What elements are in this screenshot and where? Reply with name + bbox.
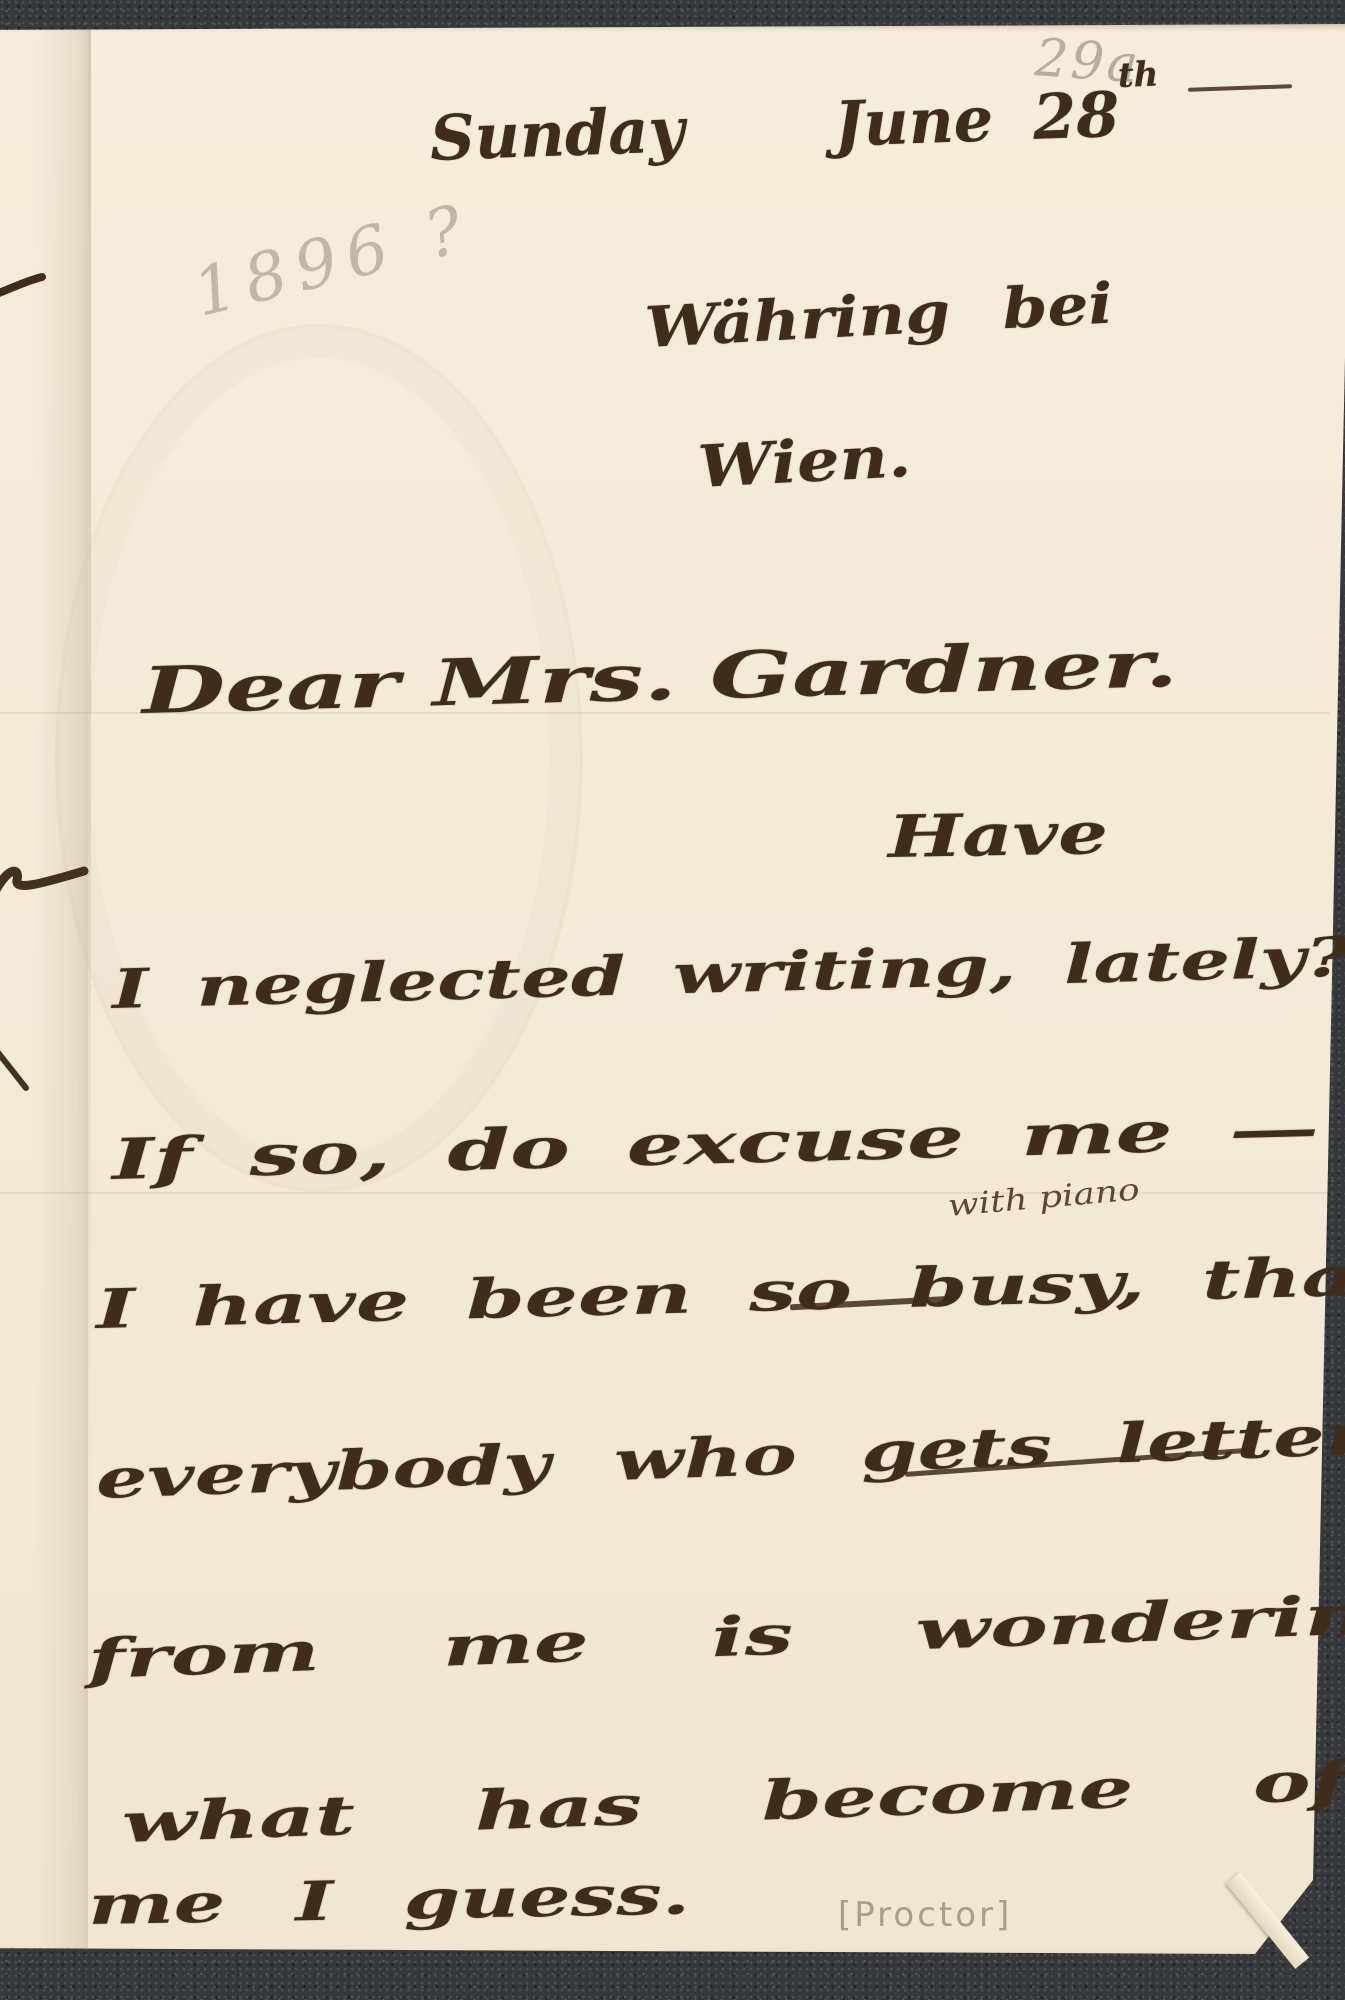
date-day: Sunday [429,93,686,175]
body-line-7: me I guess. [88,1867,691,1931]
place-line-2: Wien. [696,427,912,496]
stray-ink-marks [0,0,120,1200]
letter-photo: { "scene": { "mat_color": "#36383b", "pa… [0,0,1345,2000]
embossed-seal [55,324,583,1192]
date-suffix: th [1117,55,1159,96]
date-month: June [833,82,994,161]
attribution-annotation: [Proctor] [838,1898,1012,1932]
date-number: 28 [1032,78,1121,154]
body-line-have: Have [887,804,1108,866]
